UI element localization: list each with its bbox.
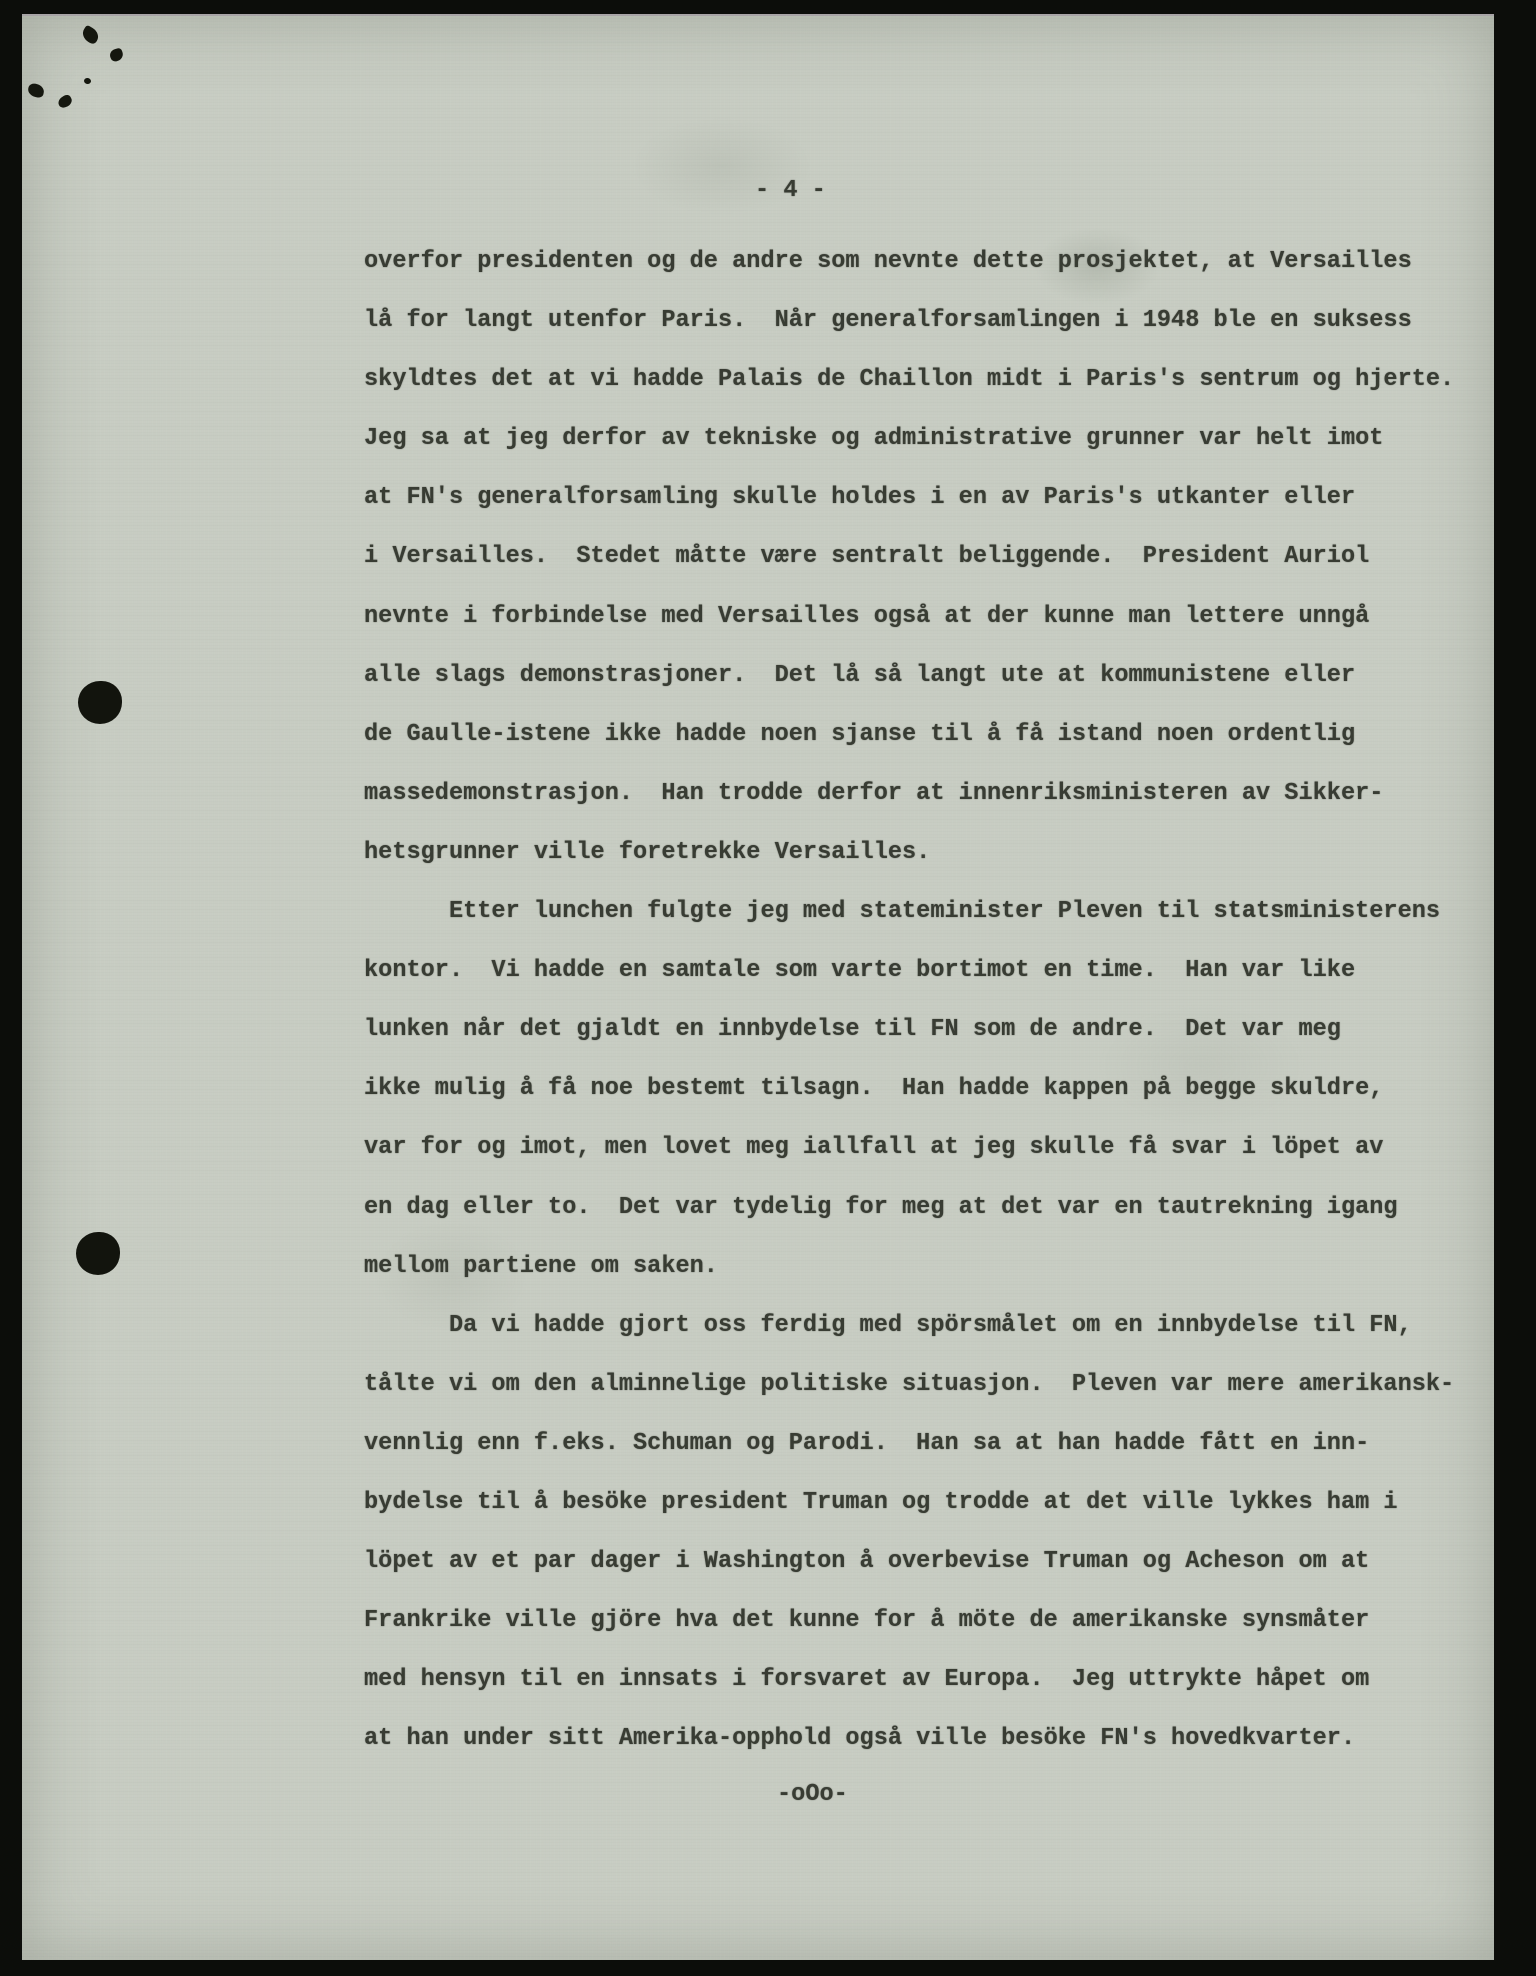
typed-line: vennlig enn f.eks. Schuman og Parodi. Ha…: [364, 1414, 1454, 1473]
typed-line: overfor presidenten og de andre som nevn…: [364, 232, 1454, 291]
typed-line: massedemonstrasjon. Han trodde derfor at…: [364, 764, 1454, 823]
typed-line: ikke mulig å få noe bestemt tilsagn. Han…: [364, 1059, 1454, 1118]
typed-line: Da vi hadde gjort oss ferdig med spörsmå…: [364, 1296, 1454, 1355]
ink-speck: [56, 93, 74, 109]
page-number: - 4 -: [755, 169, 826, 213]
typed-line: lå for langt utenfor Paris. Når generalf…: [364, 291, 1454, 350]
typed-line: de Gaulle-istene ikke hadde noen sjanse …: [364, 705, 1454, 764]
ink-speck: [27, 82, 45, 98]
typed-line: hetsgrunner ville foretrekke Versailles.: [364, 823, 1454, 882]
typed-line: i Versailles. Stedet måtte være sentralt…: [364, 527, 1454, 586]
typed-line: kontor. Vi hadde en samtale som varte bo…: [364, 941, 1454, 1000]
hole-punch-top: [78, 681, 122, 724]
typed-line: nevnte i forbindelse med Versailles også…: [364, 587, 1454, 646]
ink-speck: [80, 25, 102, 46]
typed-line: at FN's generalforsamling skulle holdes …: [364, 468, 1454, 527]
typed-line: tålte vi om den alminnelige politiske si…: [364, 1355, 1454, 1414]
typed-line: skyldtes det at vi hadde Palais de Chail…: [364, 350, 1454, 409]
typed-line: löpet av et par dager i Washington å ove…: [364, 1532, 1454, 1591]
typed-line: Etter lunchen fulgte jeg med stateminist…: [364, 882, 1454, 941]
typed-line: Jeg sa at jeg derfor av tekniske og admi…: [364, 409, 1454, 468]
document-page: - 4 - overfor presidenten og de andre so…: [22, 14, 1494, 1960]
ink-speck: [84, 77, 92, 84]
typed-text-body: overfor presidenten og de andre som nevn…: [364, 232, 1454, 1768]
hole-punch-bottom: [76, 1232, 120, 1275]
ink-speck: [108, 47, 124, 62]
typed-line: en dag eller to. Det var tydelig for meg…: [364, 1178, 1454, 1237]
end-mark: -oOo-: [777, 1773, 848, 1817]
scan-background: { "page": { "page_number": "- 4 -", "foo…: [0, 0, 1536, 1976]
typed-line: Frankrike ville gjöre hva det kunne for …: [364, 1591, 1454, 1650]
typed-line: mellom partiene om saken.: [364, 1237, 1454, 1296]
typed-line: alle slags demonstrasjoner. Det lå så la…: [364, 646, 1454, 705]
typed-line: med hensyn til en innsats i forsvaret av…: [364, 1650, 1454, 1709]
typed-line: bydelse til å besöke president Truman og…: [364, 1473, 1454, 1532]
typed-line: var for og imot, men lovet meg iallfall …: [364, 1118, 1454, 1177]
typed-line: lunken når det gjaldt en innbydelse til …: [364, 1000, 1454, 1059]
typed-line: at han under sitt Amerika-opphold også v…: [364, 1709, 1454, 1768]
